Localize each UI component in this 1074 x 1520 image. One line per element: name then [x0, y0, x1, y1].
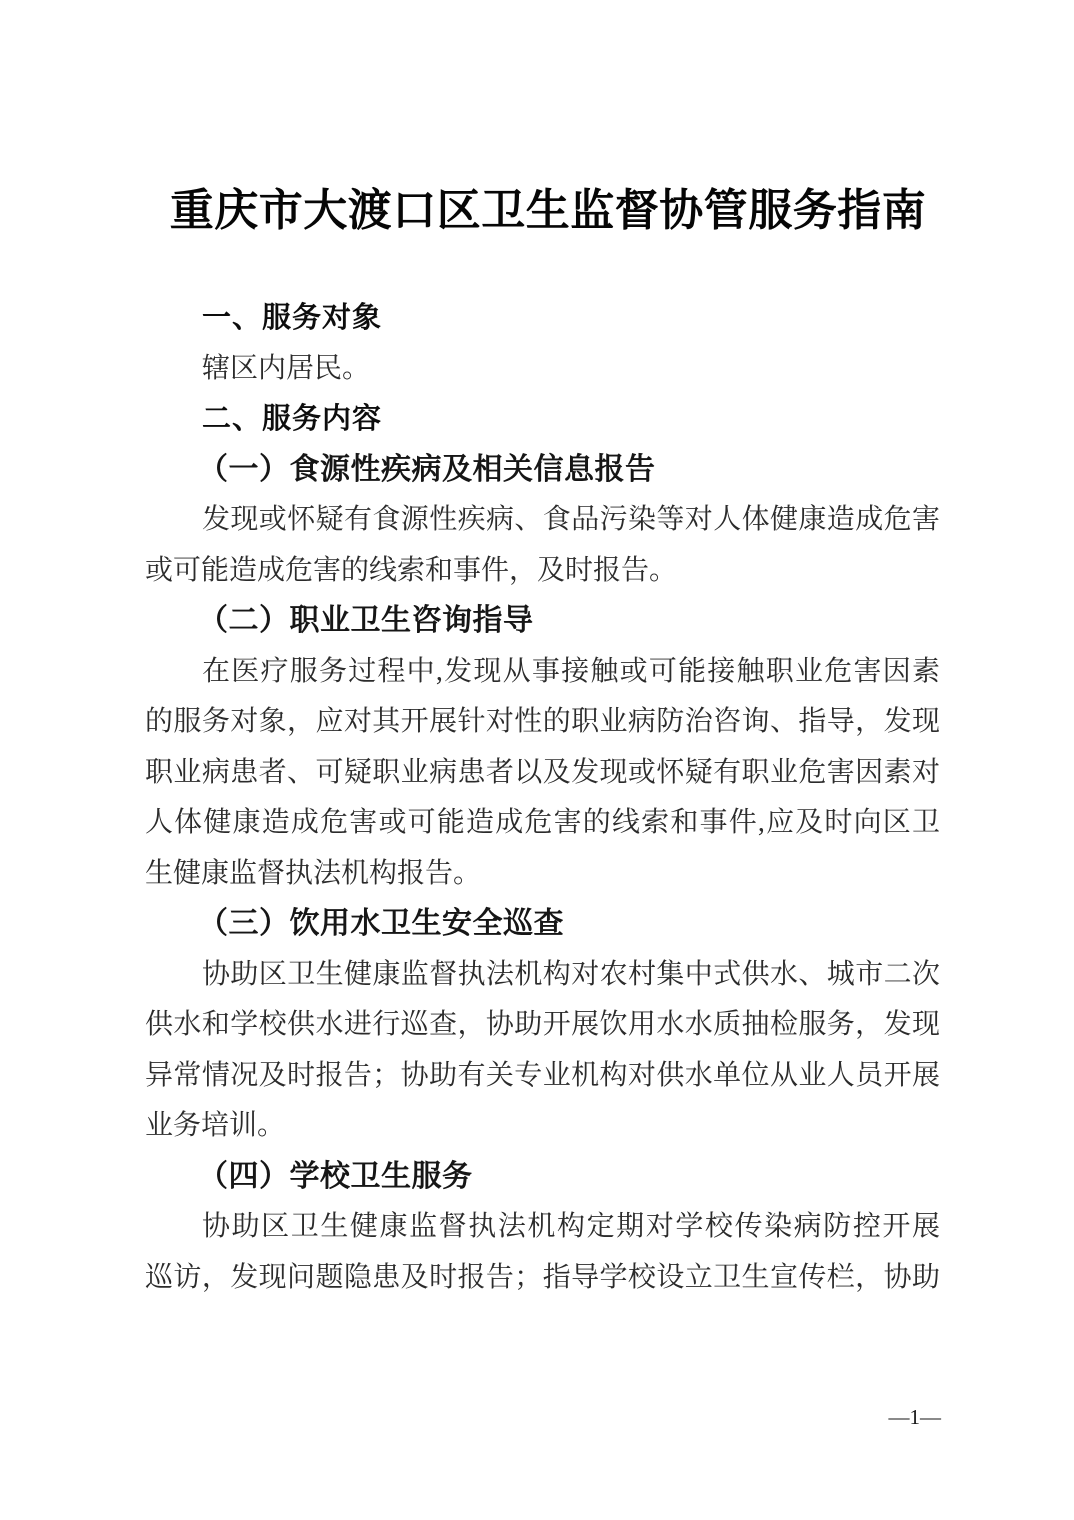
- page-number: —1—: [0, 1401, 941, 1433]
- paragraph-line: 巡访，发现问题隐患及时报告；指导学校设立卫生宣传栏，协助: [145, 1253, 940, 1304]
- paragraph-line: 协助区卫生健康监督执法机构对农村集中式供水、城市二次: [145, 950, 940, 1001]
- subsection-2-heading: （二）职业卫生咨询指导: [145, 596, 940, 647]
- paragraph-line: 供水和学校供水进行巡查，协助开展饮用水水质抽检服务，发现: [145, 1000, 940, 1051]
- section-1-heading: 一、服务对象: [145, 293, 940, 344]
- paragraph-line: 职业病患者、可疑职业病患者以及发现或怀疑有职业危害因素对: [145, 748, 940, 799]
- document-title: 重庆市大渡口区卫生监督协管服务指南: [0, 183, 1074, 239]
- document-body: 一、服务对象 辖区内居民。 二、服务内容 （一）食源性疾病及相关信息报告 发现或…: [145, 293, 940, 1303]
- section-1-body-line: 辖区内居民。: [145, 344, 940, 395]
- section-2-heading: 二、服务内容: [145, 394, 940, 445]
- paragraph-line: 的服务对象，应对其开展针对性的职业病防治咨询、指导，发现: [145, 697, 940, 748]
- paragraph-line: 业务培训。: [145, 1101, 940, 1152]
- paragraph-line: 人体健康造成危害或可能造成危害的线索和事件,应及时向区卫: [145, 798, 940, 849]
- paragraph-line: 发现或怀疑有食源性疾病、食品污染等对人体健康造成危害: [145, 495, 940, 546]
- subsection-4-heading: （四）学校卫生服务: [145, 1152, 940, 1203]
- paragraph-line: 或可能造成危害的线索和事件，及时报告。: [145, 546, 940, 597]
- document-page: 重庆市大渡口区卫生监督协管服务指南 一、服务对象 辖区内居民。 二、服务内容 （…: [0, 0, 1074, 1520]
- subsection-3-heading: （三）饮用水卫生安全巡查: [145, 899, 940, 950]
- paragraph-line: 在医疗服务过程中,发现从事接触或可能接触职业危害因素: [145, 647, 940, 698]
- paragraph-line: 异常情况及时报告；协助有关专业机构对供水单位从业人员开展: [145, 1051, 940, 1102]
- subsection-1-heading: （一）食源性疾病及相关信息报告: [145, 445, 940, 496]
- paragraph-line: 生健康监督执法机构报告。: [145, 849, 940, 900]
- paragraph-line: 协助区卫生健康监督执法机构定期对学校传染病防控开展: [145, 1202, 940, 1253]
